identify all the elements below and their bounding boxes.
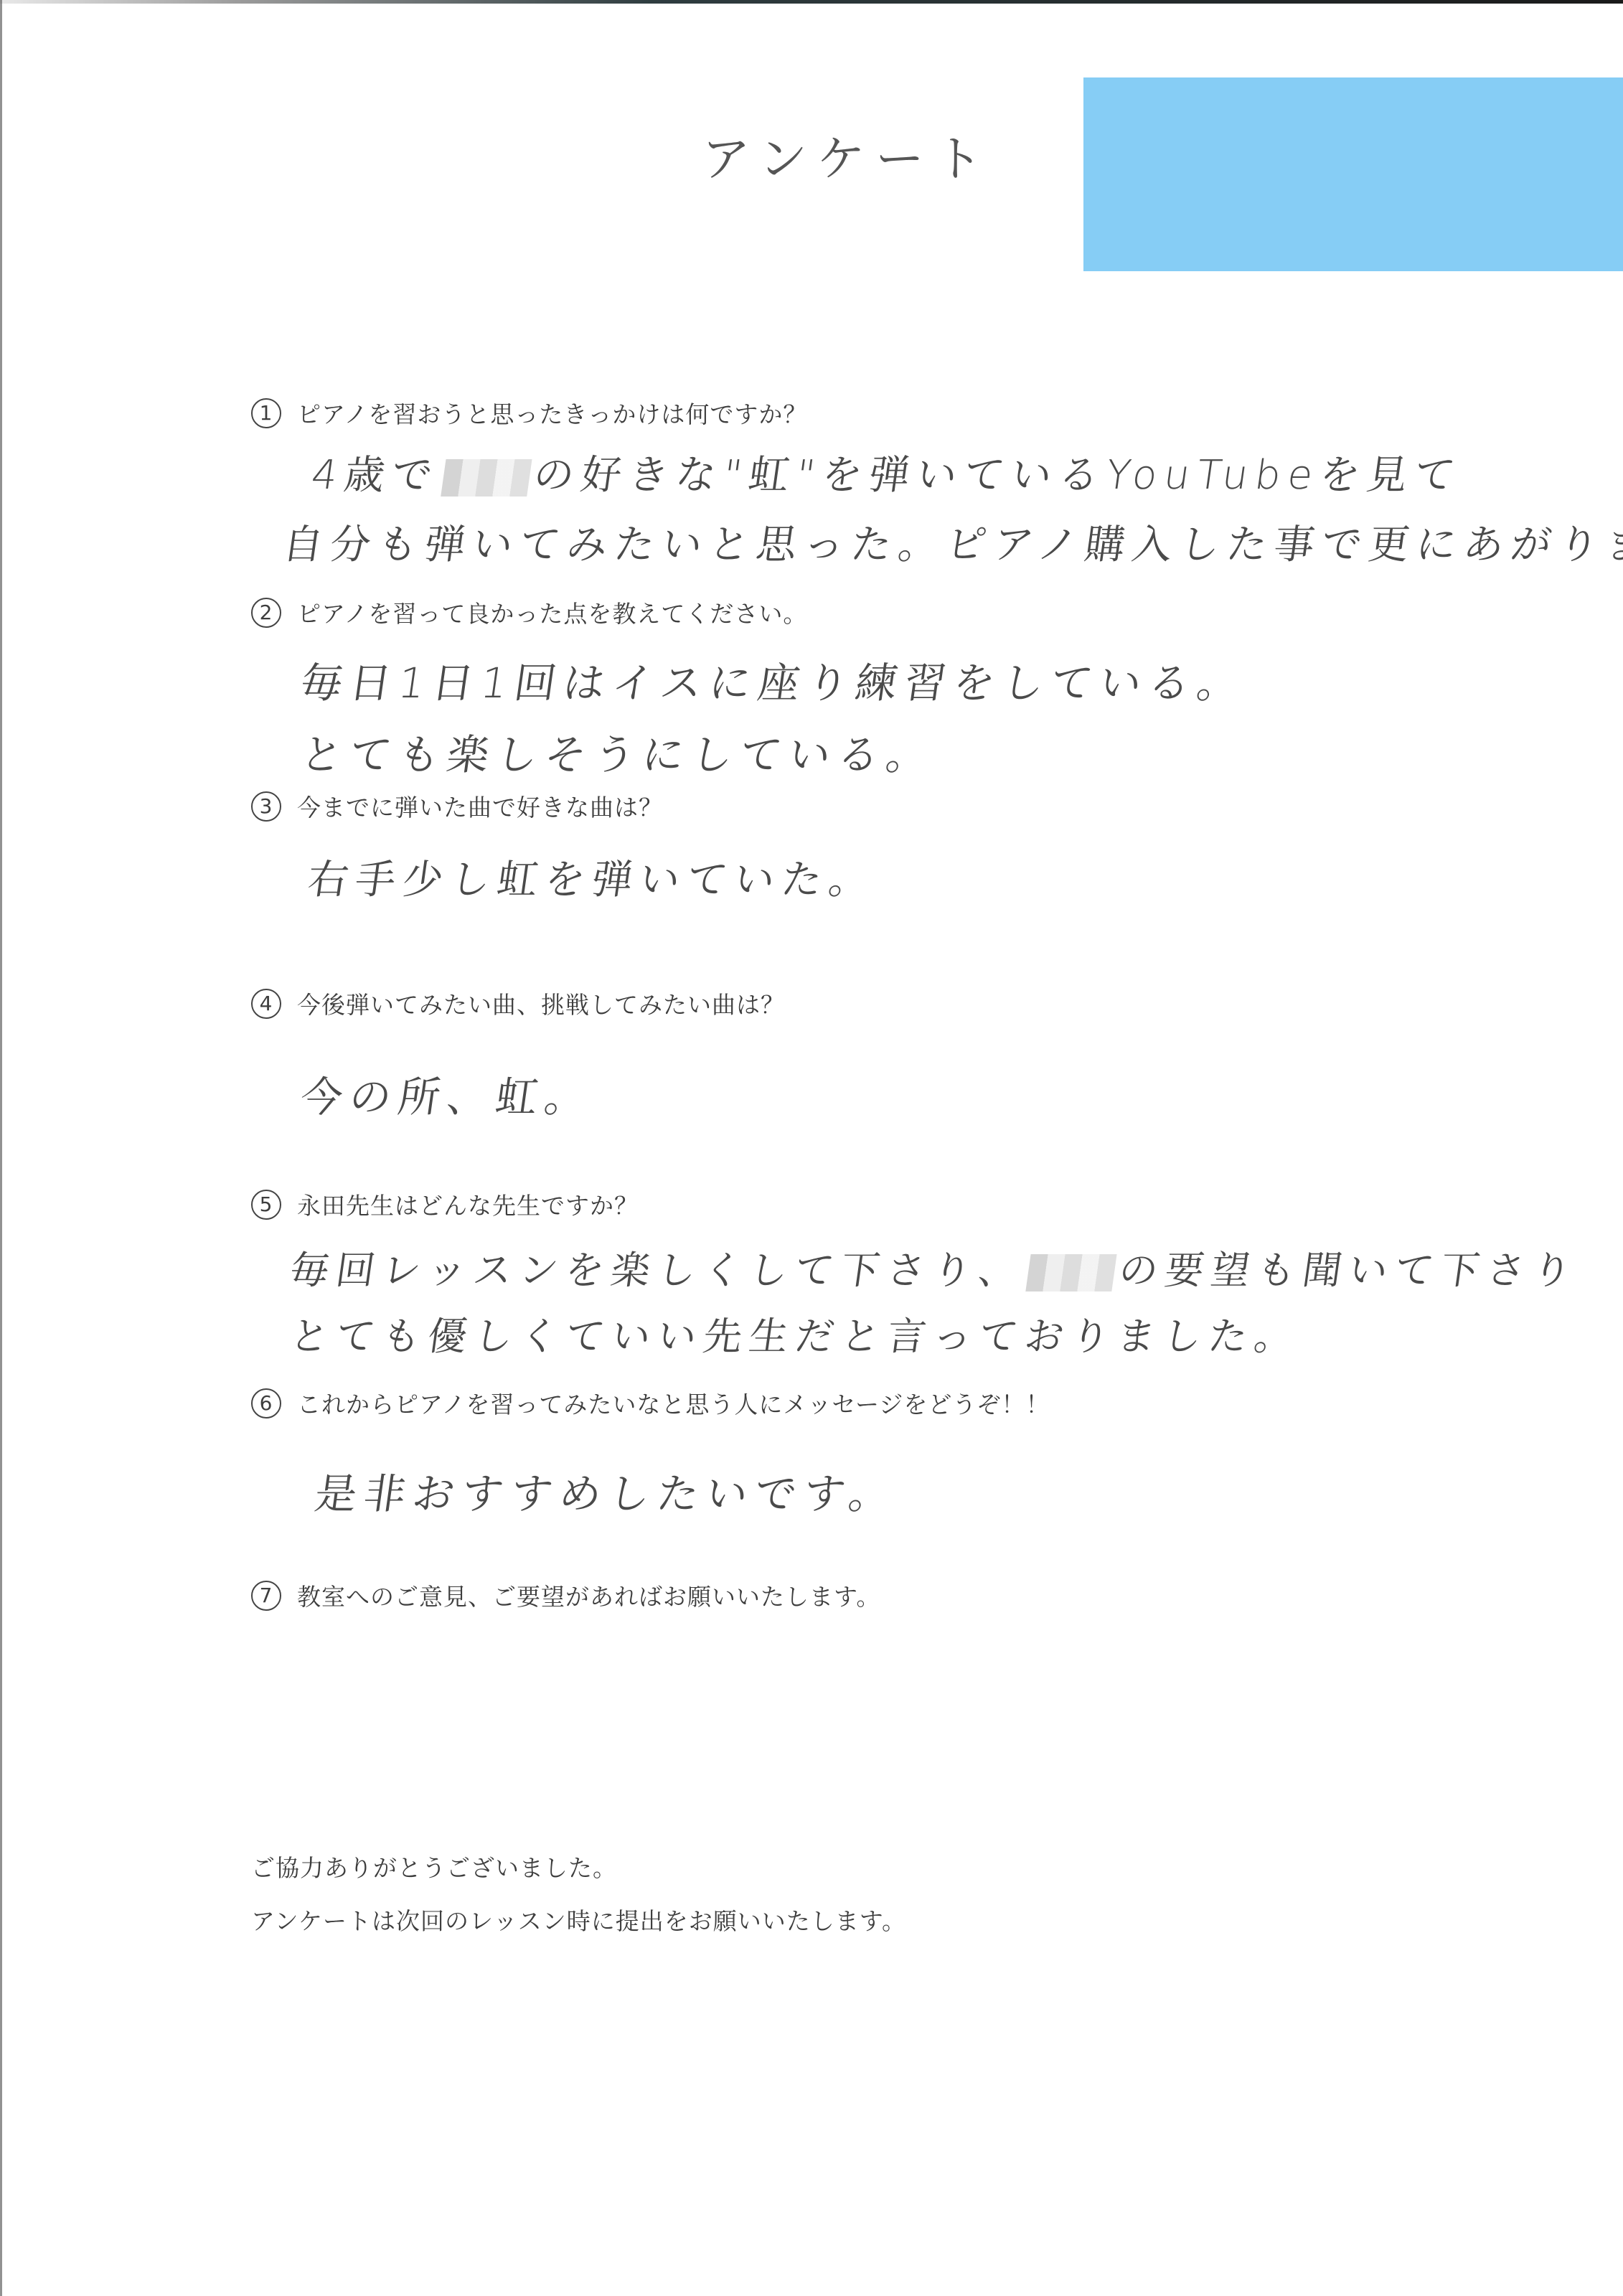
scan-edge-top	[0, 0, 1623, 4]
question-text: 永田先生はどんな先生ですか？	[297, 1187, 639, 1221]
question-number: 7	[251, 1581, 281, 1611]
answer-text: の好きな"虹"を弾いているYouTubeを見て	[530, 452, 1464, 499]
page-title: アンケート	[702, 121, 993, 190]
question-5: 5 永田先生はどんな先生ですか？	[251, 1187, 639, 1221]
answer-5-line-2: とても優しくていい先生だと言っておりました。	[287, 1306, 1305, 1361]
question-number: 3	[251, 791, 281, 822]
answer-4-line-1: 今の所、虹。	[297, 1063, 598, 1124]
question-7: 7 教室へのご意見、ご要望があればお願いいたします。	[251, 1578, 880, 1612]
redacted-name	[441, 459, 532, 497]
question-text: ピアノを習おうと思ったきっかけは何ですか？	[297, 396, 807, 430]
scan-edge-left	[0, 0, 2, 2296]
question-3: 3 今までに弾いた曲で好きな曲は？	[251, 789, 663, 823]
question-text: 教室へのご意見、ご要望があればお願いいたします。	[297, 1578, 880, 1612]
question-number: 1	[251, 398, 281, 428]
question-number: 4	[251, 989, 281, 1019]
answer-2-line-1: 毎日1日1回はイスに座り練習をしている。	[297, 649, 1251, 710]
answer-text: 4歳で	[309, 452, 443, 499]
answer-1-line-2: 自分も弾いてみたいと思った。ピアノ購入した事で更にあがりました。	[279, 513, 1623, 570]
answer-text: の要望も聞いて下さり	[1116, 1248, 1581, 1293]
answer-text: 毎回レッスンを楽しくして下さり、	[287, 1248, 1027, 1293]
redaction-box	[1083, 77, 1623, 271]
answer-3-line-1: 右手少し虹を弾いていた。	[304, 848, 880, 905]
answer-2-line-2: とても楽しそうにしている。	[297, 721, 940, 781]
answer-6-line-1: 是非おすすめしたいです。	[311, 1460, 903, 1520]
answer-5-line-1: 毎回レッスンを楽しくして下さり、の要望も聞いて下さり	[287, 1240, 1583, 1295]
question-text: 今までに弾いた曲で好きな曲は？	[297, 789, 663, 823]
question-number: 5	[251, 1190, 281, 1220]
question-text: 今後弾いてみたい曲、挑戦してみたい曲は？	[297, 987, 785, 1020]
answer-1-line-1: 4歳での好きな"虹"を弾いているYouTubeを見て	[308, 443, 1466, 501]
footer-instruction: アンケートは次回のレッスン時に提出をお願いいたします。	[251, 1903, 906, 1937]
question-number: 6	[251, 1388, 281, 1418]
redacted-name	[1026, 1254, 1117, 1291]
footer-thanks: ご協力ありがとうございました。	[251, 1850, 617, 1883]
question-4: 4 今後弾いてみたい曲、挑戦してみたい曲は？	[251, 987, 785, 1020]
question-text: これからピアノを習ってみたいなと思う人にメッセージをどうぞ！！	[297, 1386, 1050, 1420]
question-text: ピアノを習って良かった点を教えてください。	[297, 596, 807, 629]
question-6: 6 これからピアノを習ってみたいなと思う人にメッセージをどうぞ！！	[251, 1386, 1050, 1420]
question-1: 1 ピアノを習おうと思ったきっかけは何ですか？	[251, 396, 807, 430]
question-number: 2	[251, 598, 281, 628]
question-2: 2 ピアノを習って良かった点を教えてください。	[251, 596, 807, 629]
